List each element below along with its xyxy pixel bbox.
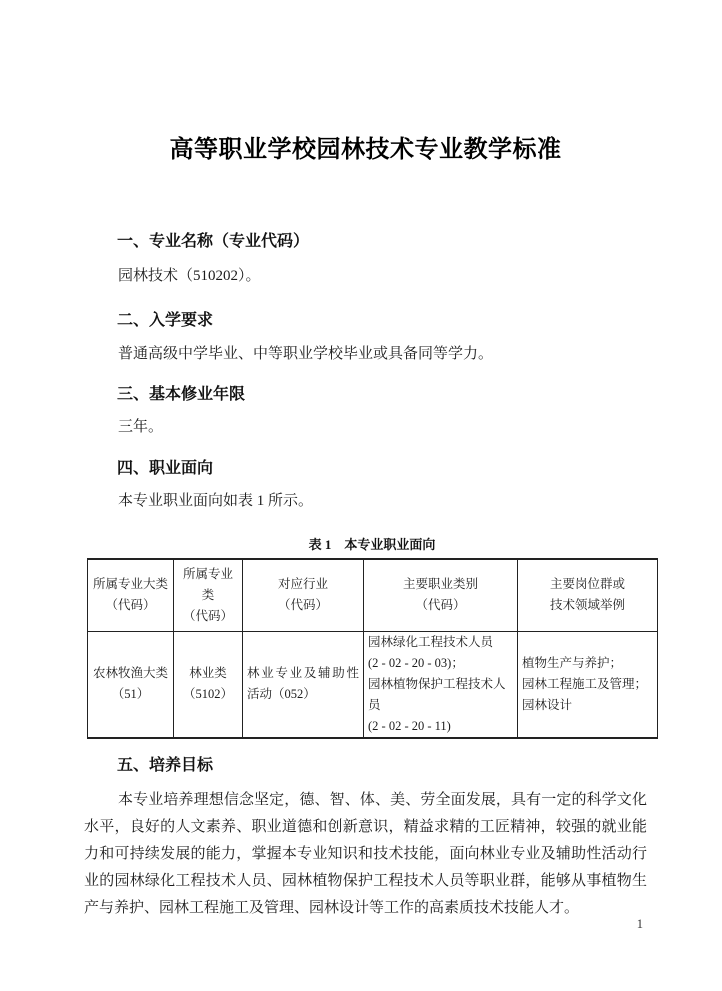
section-heading-major-name: 一、专业名称（专业代码） <box>117 232 309 252</box>
cell-line: (2 - 02 - 20 - 03)； <box>368 653 513 674</box>
cell-line: (2 - 02 - 20 - 11) <box>368 716 513 737</box>
cell-line: 植物生产与养护； <box>522 653 653 674</box>
section-body-major-name: 园林技术（510202）。 <box>84 265 647 287</box>
header-line: 对应行业 <box>247 574 359 595</box>
header-post-group: 主要岗位群或 技术领域举例 <box>518 559 658 631</box>
page-number: 1 <box>84 917 643 932</box>
cell-line: 园林植物保护工程技术人员 <box>368 674 513 716</box>
header-line: 所属专业类 <box>178 564 238 606</box>
document-title: 高等职业学校园林技术专业教学标准 <box>84 137 647 163</box>
cell-line: 活动（052） <box>247 684 359 705</box>
cell-line: 园林绿化工程技术人员 <box>368 632 513 653</box>
header-line: （代码） <box>178 606 238 627</box>
cell-industry: 林业专业及辅助性 活动（052） <box>243 631 364 738</box>
cell-line: 园林工程施工及管理； <box>522 674 653 695</box>
document-page: 高等职业学校园林技术专业教学标准 一、专业名称（专业代码） 园林技术（51020… <box>0 0 722 991</box>
cell-line: 农林牧渔大类 <box>92 663 169 684</box>
cell-line: （5102） <box>178 684 238 705</box>
header-line: （代码） <box>247 595 359 616</box>
header-major-class: 所属专业类 （代码） <box>174 559 243 631</box>
section-body-training-objective: 本专业培养理想信念坚定，德、智、体、美、劳全面发展，具有一定的科学文化水平，良好… <box>84 787 647 922</box>
section-heading-duration: 三、基本修业年限 <box>117 385 245 405</box>
cell-post-group: 植物生产与养护； 园林工程施工及管理； 园林设计 <box>518 631 658 738</box>
cell-major-category: 农林牧渔大类 （51） <box>88 631 174 738</box>
cell-line: 林业专业及辅助性 <box>247 663 359 684</box>
cell-line: （51） <box>92 684 169 705</box>
section-body-occupation: 本专业职业面向如表 1 所示。 <box>84 490 647 512</box>
header-line: 技术领域举例 <box>522 595 653 616</box>
table-data-row: 农林牧渔大类 （51） 林业类 （5102） 林业专业及辅助性 活动（052） … <box>88 631 658 738</box>
section-body-admission: 普通高级中学毕业、中等职业学校毕业或具备同等学力。 <box>84 343 647 365</box>
table-caption: 表 1 本专业职业面向 <box>87 536 657 554</box>
cell-line: 林业类 <box>178 663 238 684</box>
section-heading-admission: 二、入学要求 <box>117 311 213 331</box>
cell-major-class: 林业类 （5102） <box>174 631 243 738</box>
cell-occupation-type: 园林绿化工程技术人员 (2 - 02 - 20 - 03)； 园林植物保护工程技… <box>364 631 518 738</box>
header-major-category: 所属专业大类 （代码） <box>88 559 174 631</box>
header-line: （代码） <box>92 595 169 616</box>
header-line: 主要岗位群或 <box>522 574 653 595</box>
header-line: 所属专业大类 <box>92 574 169 595</box>
header-industry: 对应行业 （代码） <box>243 559 364 631</box>
occupation-table: 所属专业大类 （代码） 所属专业类 （代码） 对应行业 （代码） 主要职业类别 … <box>87 558 658 739</box>
section-body-duration: 三年。 <box>84 416 647 438</box>
header-line: （代码） <box>368 595 513 616</box>
section-heading-training-objective: 五、培养目标 <box>117 756 213 776</box>
header-line: 主要职业类别 <box>368 574 513 595</box>
section-heading-occupation: 四、职业面向 <box>117 459 213 479</box>
header-occupation-type: 主要职业类别 （代码） <box>364 559 518 631</box>
cell-line: 园林设计 <box>522 695 653 716</box>
table-header-row: 所属专业大类 （代码） 所属专业类 （代码） 对应行业 （代码） 主要职业类别 … <box>88 559 658 631</box>
